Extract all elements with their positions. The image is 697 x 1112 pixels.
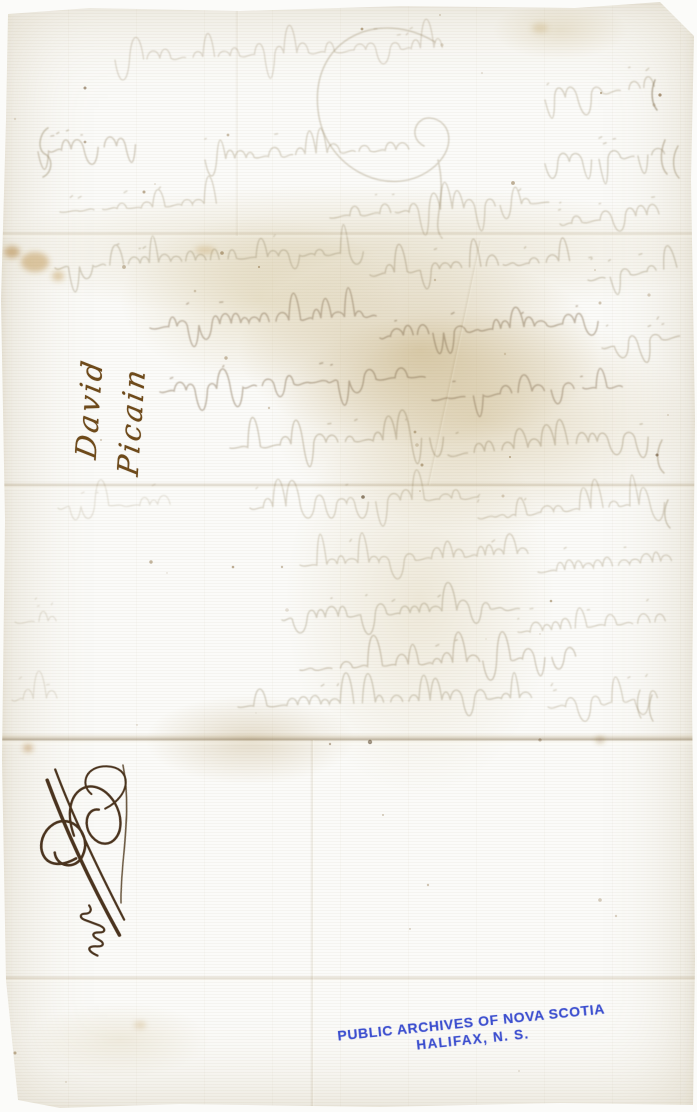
- fold-crease-3: [0, 733, 697, 746]
- vertical-name-inscription: David Picain: [64, 291, 160, 476]
- bleedthrough-writing: [0, 0, 697, 1112]
- signature-flourish: [19, 753, 151, 959]
- vertical-crease-2: [235, 8, 240, 236]
- vertical-crease-3: [426, 240, 483, 486]
- fold-crease-2: [0, 482, 697, 490]
- paper-stains: [0, 0, 697, 1112]
- fold-crease-1: [0, 231, 697, 238]
- document-page: David Picain: [0, 0, 697, 1112]
- scan-background: David Picain: [0, 0, 697, 1112]
- laid-paper-texture: [0, 0, 697, 1112]
- archives-stamp: PUBLIC ARCHIVES OF NOVA SCOTIA HALIFAX, …: [335, 1000, 609, 1060]
- vertical-crease-1: [310, 740, 315, 1112]
- signature-and-spots: [0, 0, 697, 1112]
- fold-crease-4: [0, 975, 697, 983]
